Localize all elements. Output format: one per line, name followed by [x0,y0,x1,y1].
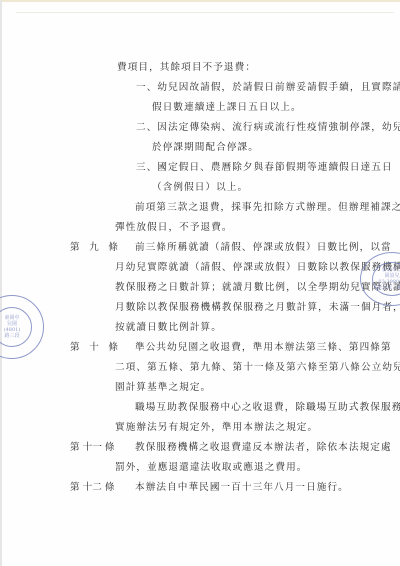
document-text-line: 月幼兒實際就讀（請假、停課或放假）日數除以教保服務機構 [115,262,400,274]
document-text-line: 三、國定假日、農曆除夕與春節假期等連續假日達五日 [136,162,393,174]
seal-stamp-right: 新北市立 岡設兒 02-298001 新北市三重區 [360,252,400,306]
article-number-label: 第 十二 條 [70,482,114,494]
document-text-line: 準公共幼兒園之收退費，準用本辦法第三條、第四條第 [135,342,392,354]
document-text-line: （含例假日）以上。 [152,182,248,194]
document-text-line: 教保服務機構之收退費違反本辦法者，除依本法規定處 [135,442,392,454]
document-text-line: 本辦法自中華民國一百十三年八月一日施行。 [135,482,349,494]
document-text-line: 教保服務之日數計算；就讀月數比例，以全學期幼兒實際就讀 [115,282,400,294]
article-number-label: 第 九 條 [70,242,118,254]
document-text-line: 園計算基準之規定。 [115,382,211,394]
page-top-edge [2,0,400,2]
document-text-line: 二、因法定傳染病、流行病或流行性疫情強制停課，幼兒 [136,122,400,134]
document-text-line: 月數除以教保服務機構教保服務之月數計算，未滿一個月者， [115,302,400,314]
document-text-line: 彈性放假日，不予退費。 [115,222,233,234]
header-rule [16,12,394,13]
document-text-line: 前項第三款之退費，採事先扣除方式辦理。但辦理補課之 [135,202,400,214]
document-text-line: 二項、第五條、第九條、第十一條及第六條至第八條公立幼兒 [115,362,400,374]
seal-stamp-left: 東岡中 兒園 (4801) 路三段 [0,295,44,359]
document-text-line: 於停課期間配合停課。 [152,142,259,154]
document-text-line: 一、幼兒因故請假，於請假日前辦妥請假手續，且實際請 [136,82,400,94]
document-text-line: 職場互助教保服務中心之收退費，除職場互助式教保服務 [135,402,400,414]
document-page: 費項目，其餘項目不予退費：一、幼兒因故請假，於請假日前辦妥請假手續，且實際請假日… [0,0,400,566]
document-text-line: 假日數連續達上課日五日以上。 [152,102,302,114]
document-text-line: 罰外，並應退還違法收取或應退之費用。 [115,462,308,474]
document-text-line: 前三條所稱就讀（請假、停課或放假）日數比例，以當 [135,242,392,254]
document-text-line: 按就讀日數比例計算。 [115,322,222,334]
seal-text: 新北市三重區 [377,285,400,291]
article-number-label: 第 十 條 [70,342,118,354]
document-text-line: 實施辦法另有規定外，準用本辦法之規定。 [115,422,318,434]
article-number-label: 第 十一 條 [70,442,114,454]
seal-text: 路三段 [4,333,19,339]
document-text-line: 費項目，其餘項目不予退費： [117,62,256,74]
